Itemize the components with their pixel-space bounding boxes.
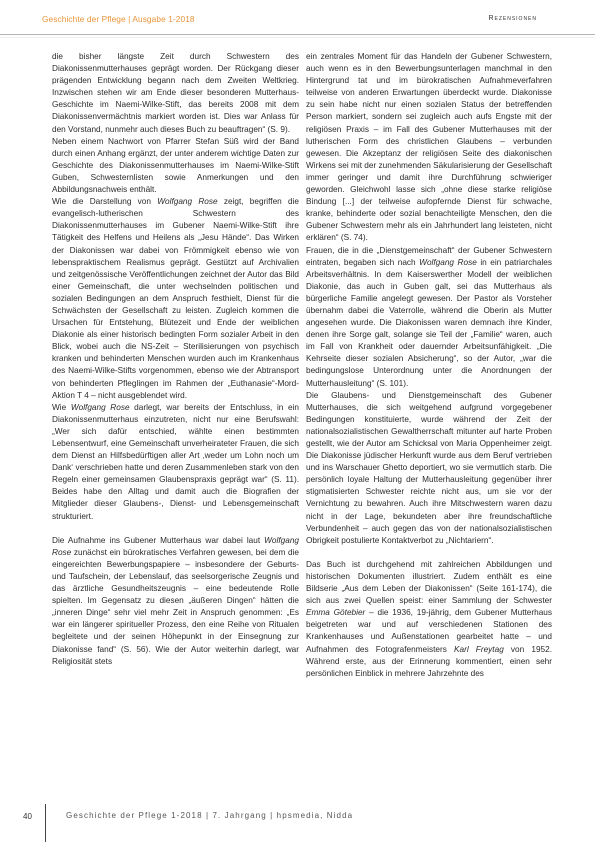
text-segment: Die Aufnahme ins Gubener Mutterhaus war … bbox=[52, 536, 264, 545]
paragraph: Wie Wolfgang Rose darlegt, war bereits d… bbox=[52, 402, 299, 523]
header-divider bbox=[0, 34, 595, 35]
paragraph: Das Buch ist durchgehend mit zahlreichen… bbox=[306, 559, 552, 680]
text-segment: die bisher längste Zeit durch Schwestern… bbox=[52, 52, 299, 134]
person-name: Wolfgang Rose bbox=[157, 197, 217, 206]
paragraph: die bisher längste Zeit durch Schwestern… bbox=[52, 51, 299, 136]
paragraph: Die Aufnahme ins Gubener Mutterhaus war … bbox=[52, 535, 299, 668]
page-number: 40 bbox=[23, 812, 32, 821]
left-text-column: die bisher längste Zeit durch Schwestern… bbox=[52, 51, 299, 668]
header-divider-shadow bbox=[0, 37, 595, 38]
person-name: Emma Götebier bbox=[306, 608, 365, 617]
journal-title: Geschichte der Pflege | Ausgabe 1-2018 bbox=[42, 14, 195, 24]
page-footer: 40 Geschichte der Pflege 1-2018 | 7. Jah… bbox=[0, 800, 595, 842]
paragraph: Frauen, die in die „Dienstgemeinschaft“ … bbox=[306, 245, 552, 390]
text-segment: Wie die Darstellung von bbox=[52, 197, 157, 206]
text-segment: in ein patriarchales Arbeitsverhältnis. … bbox=[306, 258, 552, 388]
text-segment: Das Buch ist durchgehend mit zahlreichen… bbox=[306, 560, 552, 605]
person-name: Wolfgang Rose bbox=[71, 403, 130, 412]
text-segment: zunächst ein bürokratisches Verfahren ge… bbox=[52, 548, 299, 666]
section-title: Rezensionen bbox=[488, 15, 537, 22]
text-segment: ein zentrales Moment für das Handeln der… bbox=[306, 52, 552, 242]
text-segment: Wie bbox=[52, 403, 71, 412]
text-segment: zeigt, begriffen die evangelisch-lutheri… bbox=[52, 197, 299, 400]
running-head: Geschichte der Pflege | Ausgabe 1-2018 R… bbox=[0, 0, 595, 36]
person-name: Karl Freytag bbox=[454, 645, 504, 654]
paragraph: ein zentrales Moment für das Handeln der… bbox=[306, 51, 552, 245]
text-segment: Neben einem Nachwort von Pfarrer Stefan … bbox=[52, 137, 299, 194]
paragraph: Die Glaubens- und Dienstgemeinschaft des… bbox=[306, 390, 552, 547]
person-name: Wolfgang Rose bbox=[419, 258, 477, 267]
paragraph: Neben einem Nachwort von Pfarrer Stefan … bbox=[52, 136, 299, 196]
paragraph: Wie die Darstellung von Wolfgang Rose ze… bbox=[52, 196, 299, 402]
text-segment: Die Glaubens- und Dienstgemeinschaft des… bbox=[306, 391, 552, 545]
footer-divider bbox=[45, 804, 46, 842]
footer-citation: Geschichte der Pflege 1-2018 | 7. Jahrga… bbox=[66, 811, 353, 820]
right-text-column: ein zentrales Moment für das Handeln der… bbox=[306, 51, 552, 680]
text-segment: darlegt, war bereits der Entschluss, in … bbox=[52, 403, 299, 521]
